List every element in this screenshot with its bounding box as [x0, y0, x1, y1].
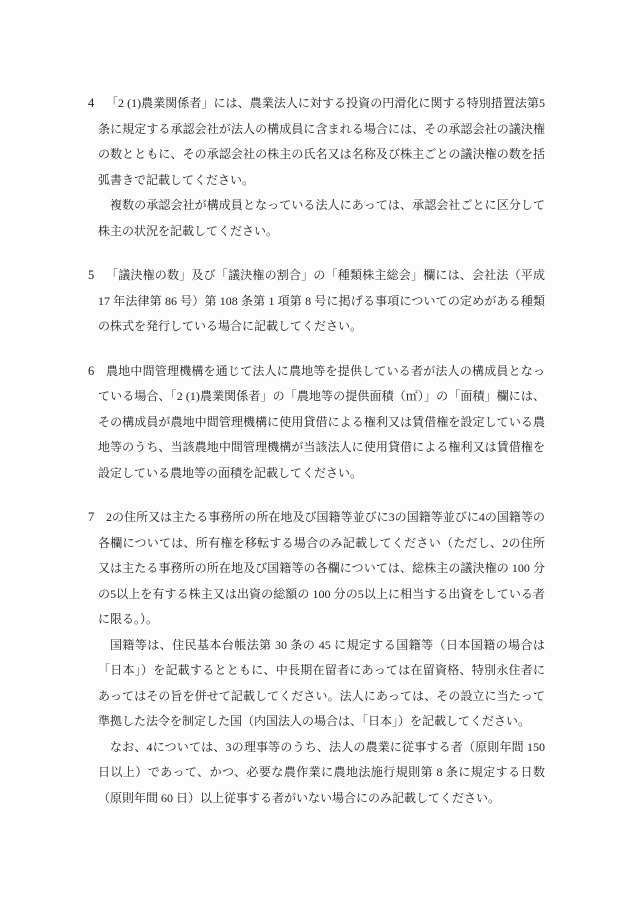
item-paragraph: 農地中間管理機構を通じて法人に農地等を提供している者が法人の構成員となっている場…: [98, 359, 545, 487]
document-page: 4 「2 (1)農業関係者」には、農業法人に対する投資の円滑化に関する特別措置法…: [0, 0, 630, 903]
item-paragraph: 「2 (1)農業関係者」には、農業法人に対する投資の円滑化に関する特別措置法第5…: [98, 91, 545, 193]
item-number: 5: [88, 263, 94, 289]
item-body: 2の住所又は主たる事務所の所在地及び国籍等並びに3の国籍等並びに4の国籍等の各欄…: [88, 505, 545, 811]
item-body: 農地中間管理機構を通じて法人に農地等を提供している者が法人の構成員となっている場…: [88, 359, 545, 487]
item-number: 7: [88, 505, 94, 531]
item-paragraph: なお、4については、3の理事等のうち、法人の農業に従事する者（原則年間 150 …: [98, 735, 545, 812]
instruction-item-5: 5 「議決権の数」及び「議決権の割合」の「種類株主総会」欄には、会社法（平成 1…: [88, 263, 545, 340]
item-number: 4: [88, 91, 94, 117]
item-body: 「2 (1)農業関係者」には、農業法人に対する投資の円滑化に関する特別措置法第5…: [88, 91, 545, 244]
item-paragraph: 国籍等は、住民基本台帳法第 30 条の 45 に規定する国籍等（日本国籍の場合は…: [98, 633, 545, 735]
instruction-item-6: 6 農地中間管理機構を通じて法人に農地等を提供している者が法人の構成員となってい…: [88, 359, 545, 487]
instruction-item-4: 4 「2 (1)農業関係者」には、農業法人に対する投資の円滑化に関する特別措置法…: [88, 91, 545, 244]
item-paragraph: 複数の承認会社が構成員となっている法人にあっては、承認会社ごとに区分して株主の状…: [98, 193, 545, 244]
item-body: 「議決権の数」及び「議決権の割合」の「種類株主総会」欄には、会社法（平成 17 …: [88, 263, 545, 340]
item-paragraph: 「議決権の数」及び「議決権の割合」の「種類株主総会」欄には、会社法（平成 17 …: [98, 263, 545, 340]
item-paragraph: 2の住所又は主たる事務所の所在地及び国籍等並びに3の国籍等並びに4の国籍等の各欄…: [98, 505, 545, 633]
instruction-item-7: 7 2の住所又は主たる事務所の所在地及び国籍等並びに3の国籍等並びに4の国籍等の…: [88, 505, 545, 811]
item-number: 6: [88, 359, 94, 385]
